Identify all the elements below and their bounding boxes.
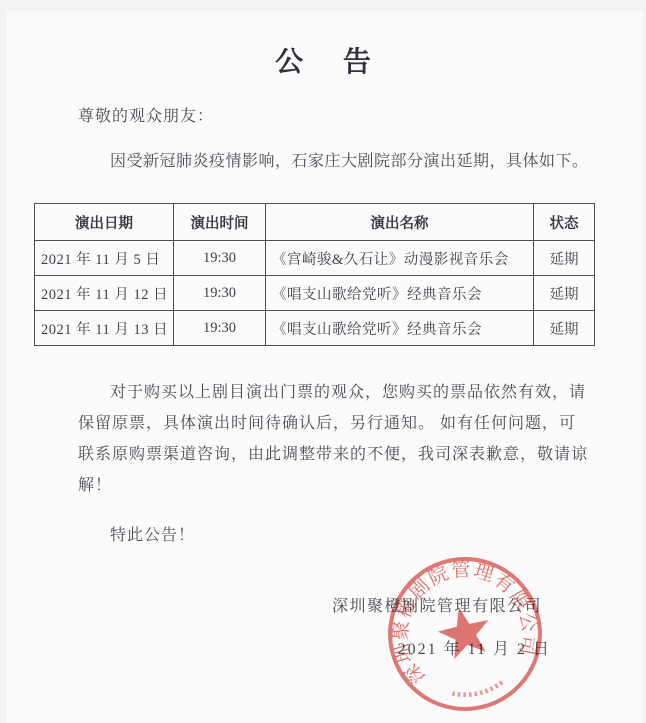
body-line: 保留原票，具体演出时间待确认后，另行通知。 如有任何问题，可 [78, 408, 583, 439]
cell-show-date: 2021 年 11 月 5 日 [35, 241, 174, 276]
cell-show-time: 19:30 [174, 311, 266, 346]
cell-show-time: 19:30 [174, 241, 266, 276]
star-icon [433, 602, 495, 662]
cell-show-time: 19:30 [174, 276, 266, 311]
cell-show-name: 《唱支山歌给党听》经典音乐会 [266, 276, 534, 311]
col-header-time: 演出时间 [174, 204, 266, 241]
col-header-name: 演出名称 [266, 204, 534, 241]
cell-show-name: 《唱支山歌给党听》经典音乐会 [266, 311, 534, 346]
intro-paragraph: 因受新冠肺炎疫情影响，石家庄大剧院部分演出延期，具体如下。 [78, 148, 598, 171]
cell-show-status: 延期 [534, 276, 595, 311]
company-seal-stamp: 深圳聚橙剧院管理有限公司 [384, 553, 546, 715]
body-line: 对于购买以上剧目演出门票的观众，您购买的票品依然有效，请 [78, 377, 583, 408]
closing-line: 特此公告！ [78, 522, 195, 545]
table-row: 2021 年 11 月 5 日 19:30 《宫崎骏&久石让》动漫影视音乐会 延… [35, 241, 595, 276]
seal-serial-marks [452, 682, 503, 699]
cell-show-status: 延期 [534, 311, 595, 346]
table-row: 2021 年 11 月 13 日 19:30 《唱支山歌给党听》经典音乐会 延期 [35, 311, 595, 346]
cell-show-date: 2021 年 11 月 12 日 [35, 276, 174, 311]
cell-show-name: 《宫崎骏&久石让》动漫影视音乐会 [266, 241, 534, 276]
performance-schedule-table: 演出日期 演出时间 演出名称 状态 2021 年 11 月 5 日 19:30 … [34, 203, 595, 346]
body-line: 解！ [78, 470, 583, 501]
col-header-status: 状态 [534, 204, 595, 241]
table-header-row: 演出日期 演出时间 演出名称 状态 [35, 204, 595, 241]
page-title: 公 告 [0, 40, 646, 80]
body-line: 联系原购票渠道咨询，由此调整带来的不便，我司深表歉意，敬请谅 [78, 439, 583, 470]
table-row: 2021 年 11 月 12 日 19:30 《唱支山歌给党听》经典音乐会 延期 [35, 276, 595, 311]
cell-show-status: 延期 [534, 241, 595, 276]
cell-show-date: 2021 年 11 月 13 日 [35, 311, 174, 346]
announcement-document: 公 告 尊敬的观众朋友： 因受新冠肺炎疫情影响，石家庄大剧院部分演出延期，具体如… [0, 0, 646, 723]
col-header-date: 演出日期 [35, 204, 174, 241]
greeting-line: 尊敬的观众朋友： [78, 103, 214, 126]
notice-body: 对于购买以上剧目演出门票的观众，您购买的票品依然有效，请 保留原票，具体演出时间… [78, 377, 583, 501]
